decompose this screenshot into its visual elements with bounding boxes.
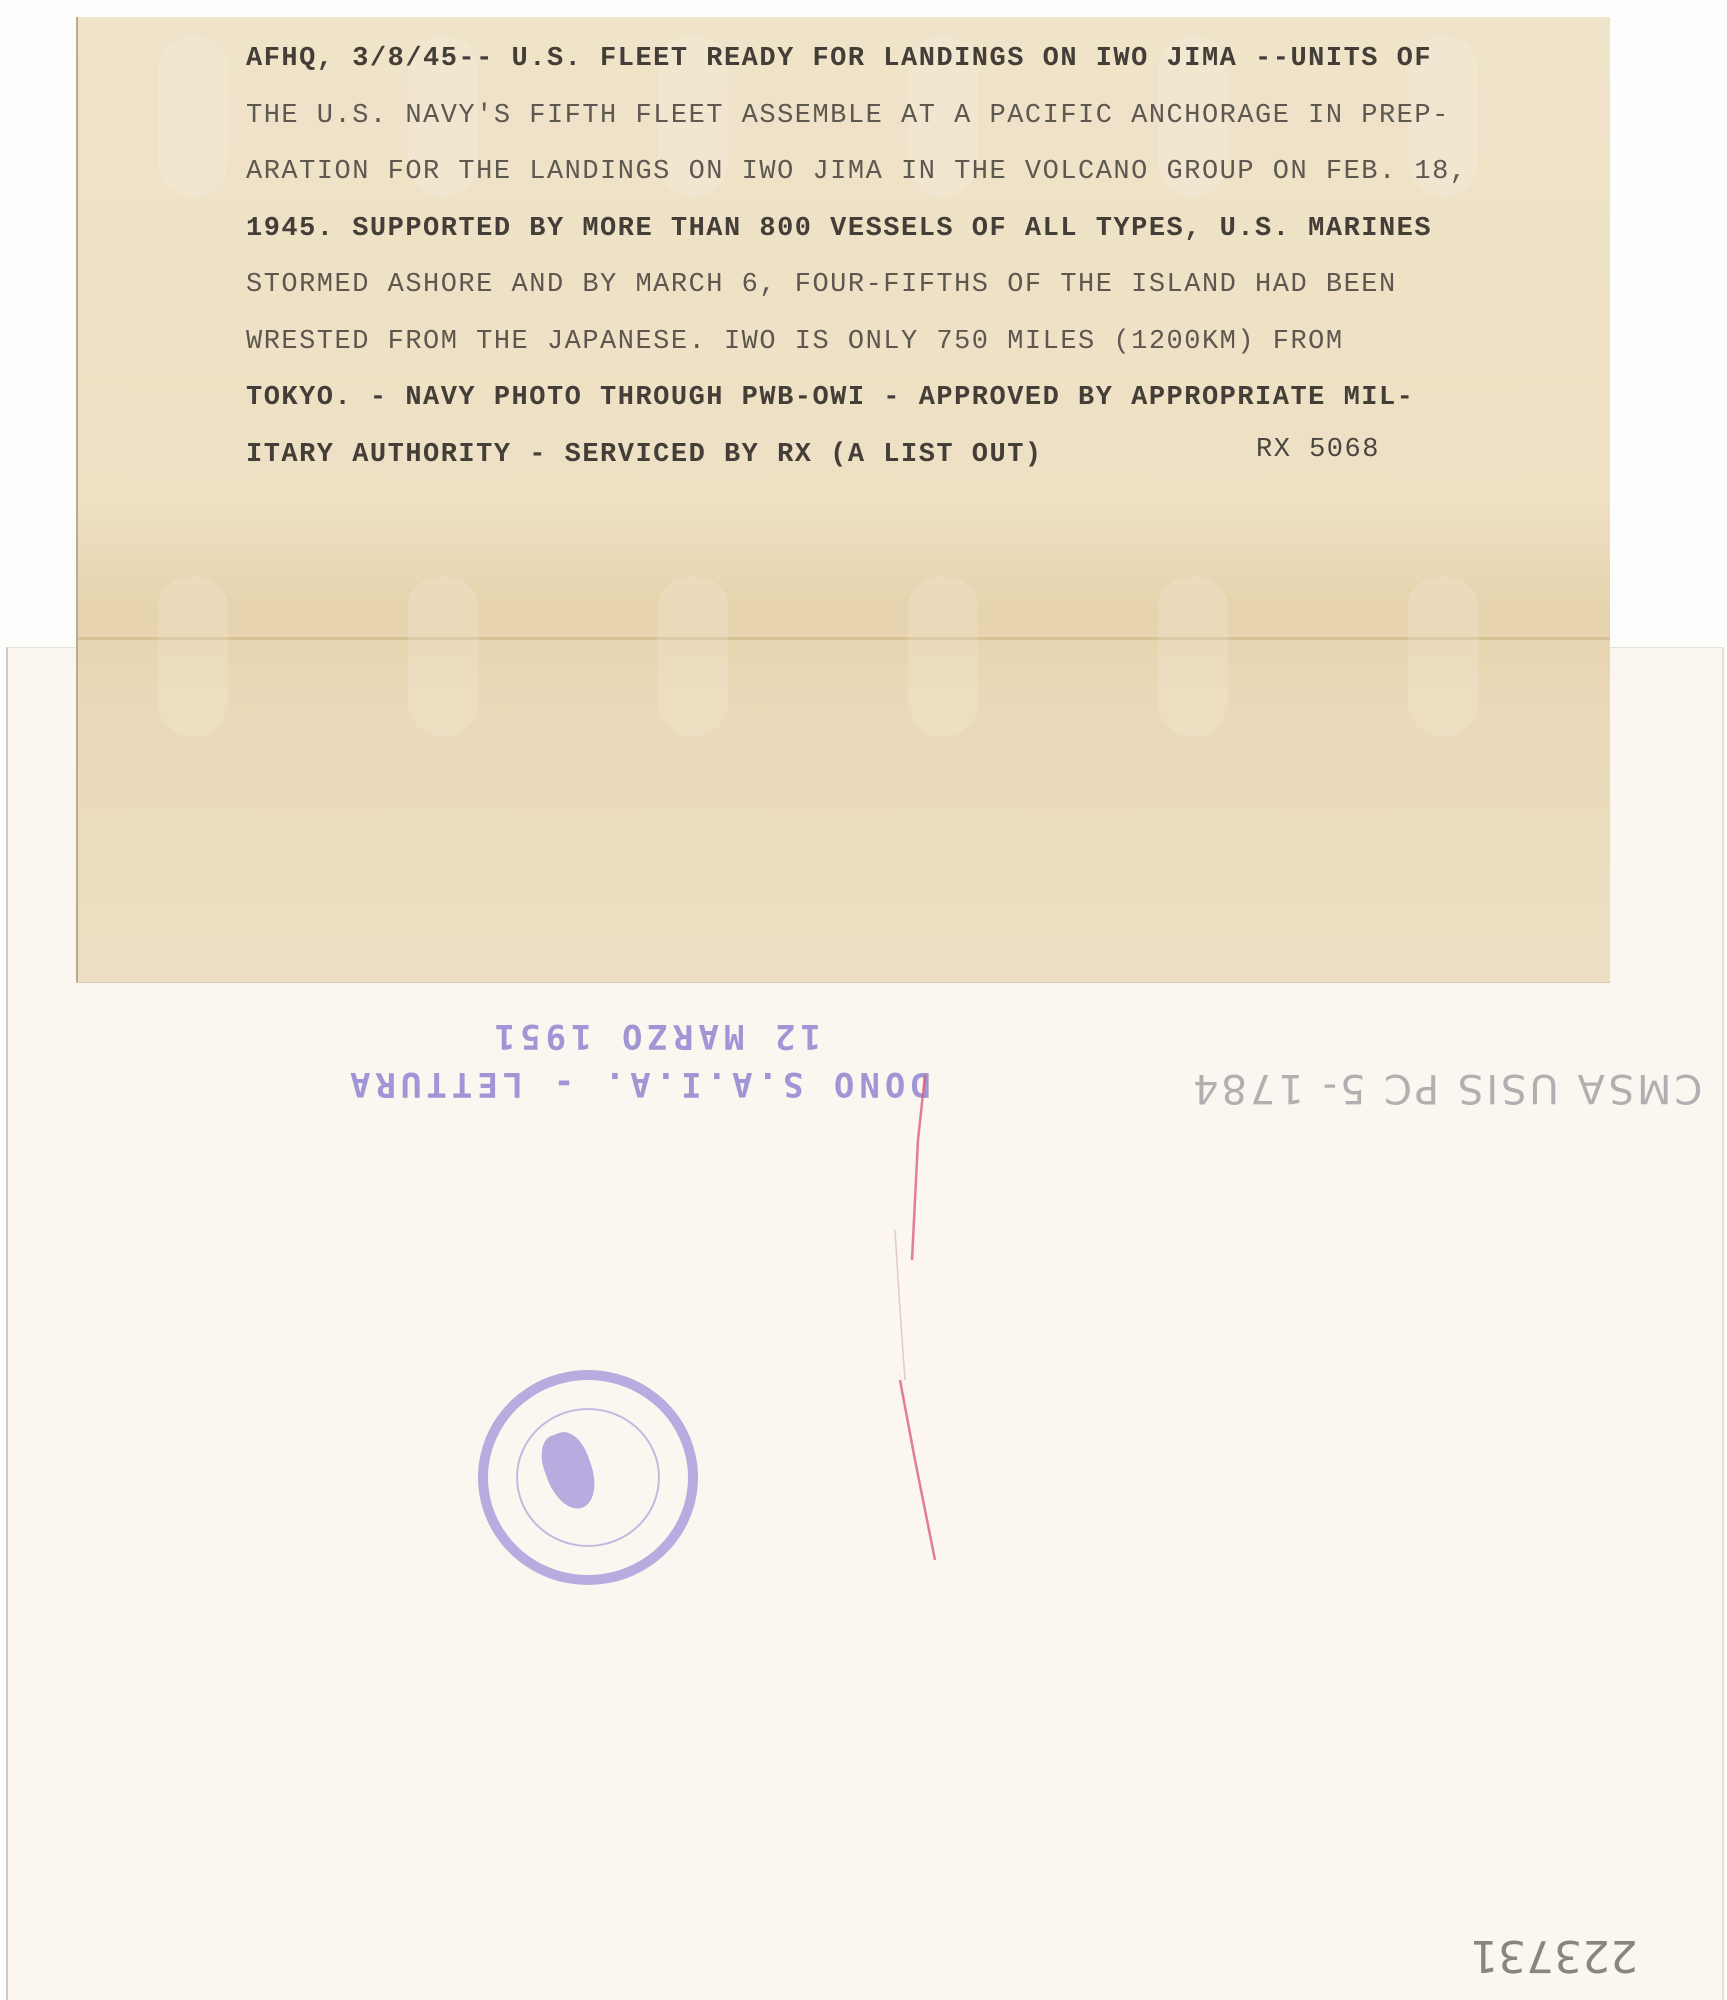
archive-number: 223731 [1470, 1930, 1638, 1981]
red-pencil-mark-icon [0, 0, 1727, 2000]
